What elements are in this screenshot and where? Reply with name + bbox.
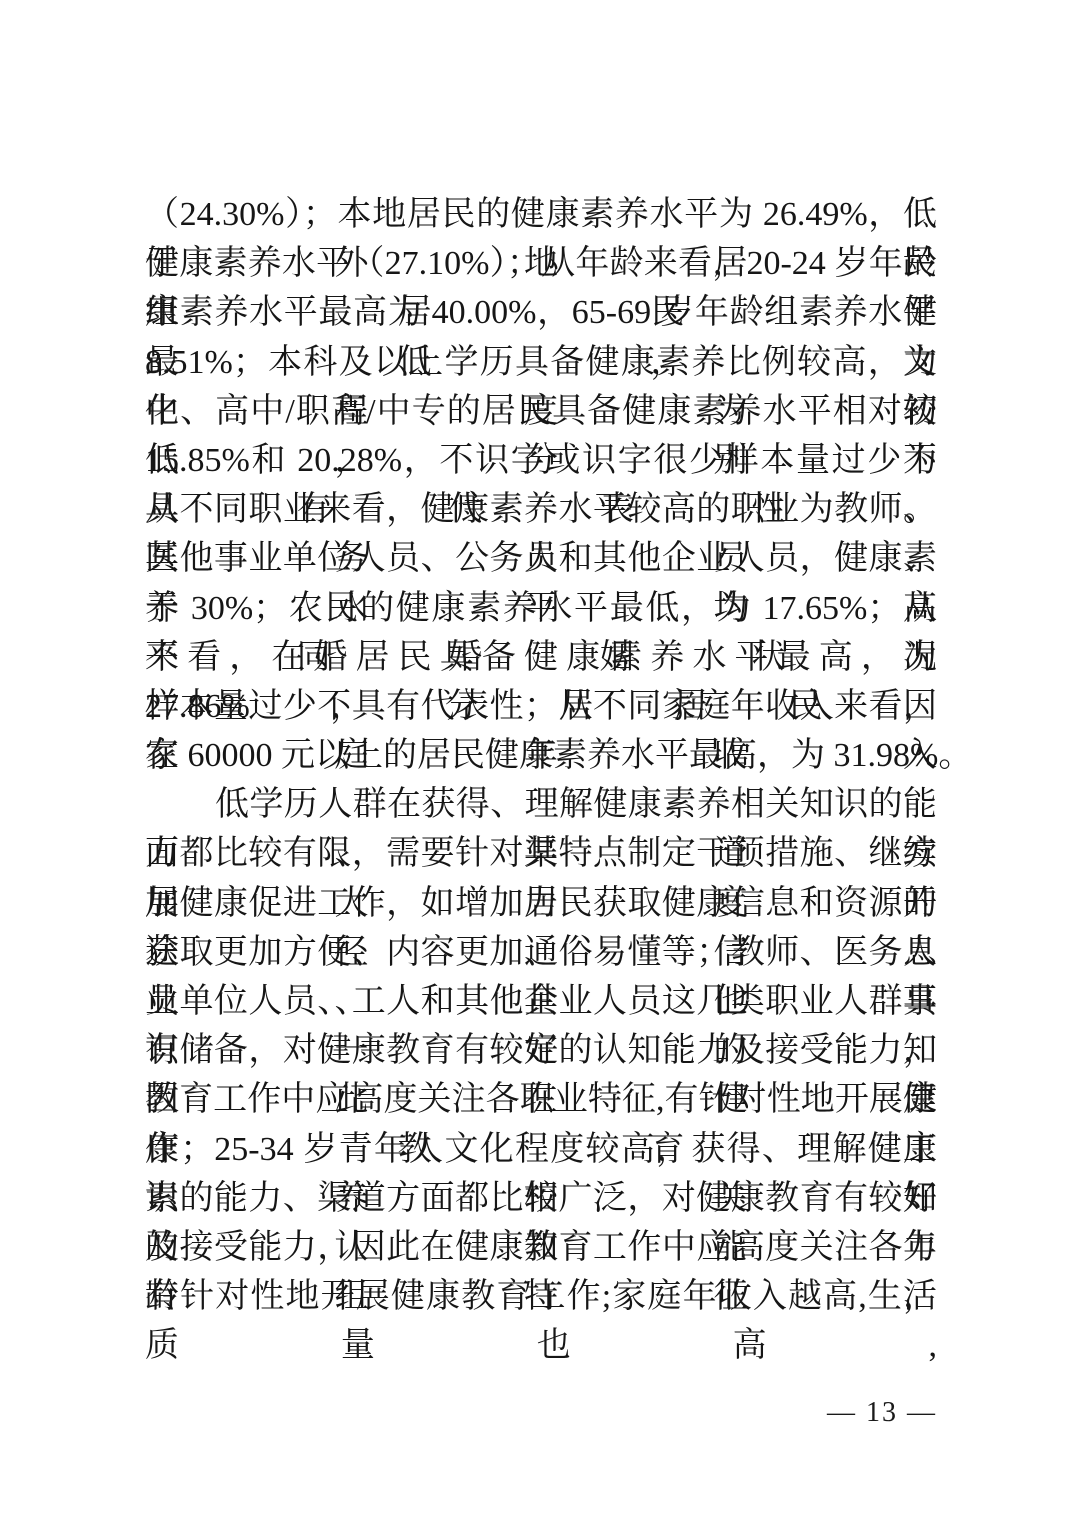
text-line: 展健康促进工作，如增加居民获取健康信息和资源的途径、信息 xyxy=(145,879,937,928)
text-line: 健康素养水平（27.10%）；从年龄来看，20-24 岁年龄组居民健 xyxy=(145,239,937,288)
text-line: 中、高中/职高/中专的居民具备健康素养水平相对较低，分别为 xyxy=(145,387,937,436)
text-line: 获取更加方便、内容更加通俗易懂等；教师、医务人员、其他事 xyxy=(145,928,937,977)
text-line: 识的能力、渠道方面都比较广泛，对健康教育有较好的认知能力 xyxy=(145,1174,937,1223)
text-line: （24.30%）；本地居民的健康素养水平为 26.49%，低于外地居民 xyxy=(145,190,937,239)
text-line: 低学历人群在获得、理解健康素养相关知识的能力、渠道方 xyxy=(145,780,937,829)
text-line: 识储备，对健康教育有较好的认知能力及接受能力，因此在健康 xyxy=(145,1026,937,1075)
text-line: 8.51%；本科及以上学历具备健康素养比例较高，文化程度为初 xyxy=(145,338,937,387)
text-line: 业单位人员、工人和其他企业人员这几类职业人群具有一定的知 xyxy=(145,977,937,1026)
text-line: 及接受能力，因此在健康教育工作中应高度关注各年龄组特征， xyxy=(145,1223,937,1272)
document-page: （24.30%）；本地居民的健康素养水平为 26.49%，低于外地居民健康素养水… xyxy=(0,0,1074,1520)
text-block: （24.30%）；本地居民的健康素养水平为 26.49%，低于外地居民健康素养水… xyxy=(145,190,937,1321)
text-line: 15.85%和 20.28%，不识字或识字很少样本量过少不具有代表性。 xyxy=(145,436,937,485)
text-line: 来看，在婚居民具备健康素养水平最高，为 27.86%，分居居民因 xyxy=(145,633,937,682)
text-line: 有针对性地开展健康教育工作;家庭年收入越高,生活质量也高, xyxy=(145,1272,937,1321)
text-line: 于 30%；农民的健康素养水平最低，为 17.65%；从不同婚姻状况 xyxy=(145,584,937,633)
text-line: 面都比较有限，需要针对其特点制定干预措施、继续加大力度开 xyxy=(145,829,937,878)
text-line: 在 60000 元以上的居民健康素养水平最高，为 31.98%。 xyxy=(145,731,937,780)
text-line: 样本量过少不具有代表性；从不同家庭年收入来看，家庭年收入 xyxy=(145,682,937,731)
page-number-footer: — 13 — xyxy=(822,1396,942,1430)
text-line: 其他事业单位人员、公务员和其他企业人员，健康素养水平均高 xyxy=(145,534,937,583)
text-line: 从不同职业来看，健康素养水平较高的职业为教师、医务人员、 xyxy=(145,485,937,534)
text-line: 教育工作中应高度关注各职业特征,有针对性地开展健康教育工 xyxy=(145,1075,937,1124)
text-line: 康素养水平最高为 40.00%，65-69 岁年龄组素养水平最低，为 xyxy=(145,288,937,337)
text-line: 作；25-34 岁青年人文化程度较高，获得、理解健康素养相关知 xyxy=(145,1125,937,1174)
